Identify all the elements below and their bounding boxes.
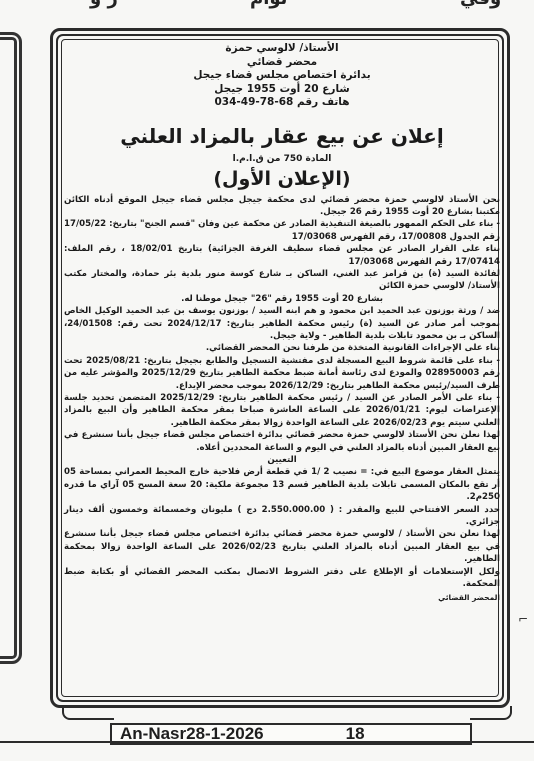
paragraph: لفائدة السيد (ة) بن قرامز عبد الغني، الس… <box>64 268 500 293</box>
adjacent-article-frame <box>0 32 22 664</box>
scan-mark-icon: ⌐ <box>518 612 528 626</box>
notice-title: إعلان عن بيع عقار بالمزاد العلني <box>60 124 504 148</box>
paragraph: - بناء على قائمة شروط البيع المسجلة لدى … <box>64 355 500 392</box>
notice-body: نحن الأستاذ لالوسي حمزة محضر قضائي لدى م… <box>60 194 504 591</box>
phone: هاتف رقم 68-78-49-034 <box>60 96 504 110</box>
notice-subtitle: (الإعلان الأول) <box>60 168 504 190</box>
paragraph: نحن الأستاذ لالوسي حمزة محضر قضائي لدى م… <box>64 194 500 219</box>
paragraph: حدد السعر الافتتاحي للبيع والمقدر : ( 2.… <box>64 504 500 529</box>
top-fragment: لوام <box>250 0 287 4</box>
paragraph: لهذا نعلن نحن الأستاذ / لالوسي حمزة محضر… <box>64 528 500 565</box>
legal-article: المادة 750 من ق.ا.م.ا <box>60 154 504 164</box>
top-cropped-text: وفي لوام ر و <box>0 0 534 14</box>
jurisdiction: بدائرة اختصاص مجلس قضاء جيجل <box>60 69 504 83</box>
top-fragment: ر و <box>90 0 118 4</box>
frame-connector-left <box>62 706 114 720</box>
paragraph: ضد / ورثة بوزنون عبد الحميد ابن محمود و … <box>64 305 500 342</box>
address: شارع 20 أوت 1955 جيجل <box>60 83 504 97</box>
frame-connector-right <box>470 706 512 720</box>
page-divider <box>0 741 534 743</box>
paragraph: بناء على الإجراءات القانونية المتخذة من … <box>64 342 500 354</box>
paragraph: يتمثل العقار موضوع البيع في: = نصيب 2 /1… <box>64 466 500 503</box>
bailiff-role: محضر قضائي <box>60 56 504 70</box>
paragraph: - بناء على الأمر الصادر عن السيد / رئيس … <box>64 392 500 429</box>
notice-header: الأستاذ/ لالوسي حمزة محضر قضائي بدائرة ا… <box>60 42 504 110</box>
legal-notice: الأستاذ/ لالوسي حمزة محضر قضائي بدائرة ا… <box>60 40 504 695</box>
signature: المحضر القضائي <box>60 593 504 602</box>
paragraph: بناء على القرار الصادر عن مجلس قضاء سطيف… <box>64 243 500 268</box>
paragraph: - بناء على الحكم الممهور بالصيغة التنفيذ… <box>64 218 500 243</box>
bailiff-name: الأستاذ/ لالوسي حمزة <box>60 42 504 56</box>
designation-heading: التعيين <box>64 454 500 466</box>
paragraph: لهذا نعلن نحن الأستاذ لالوسي حمزة محضر ق… <box>64 429 500 454</box>
top-fragment: وفي <box>460 0 501 4</box>
paragraph: بشارع 20 أوت 1955 رقم "26" جيجل موطنا له… <box>64 293 500 305</box>
paragraph: ولكل الإستعلامات أو الإطلاع على دفتر الش… <box>64 566 500 591</box>
